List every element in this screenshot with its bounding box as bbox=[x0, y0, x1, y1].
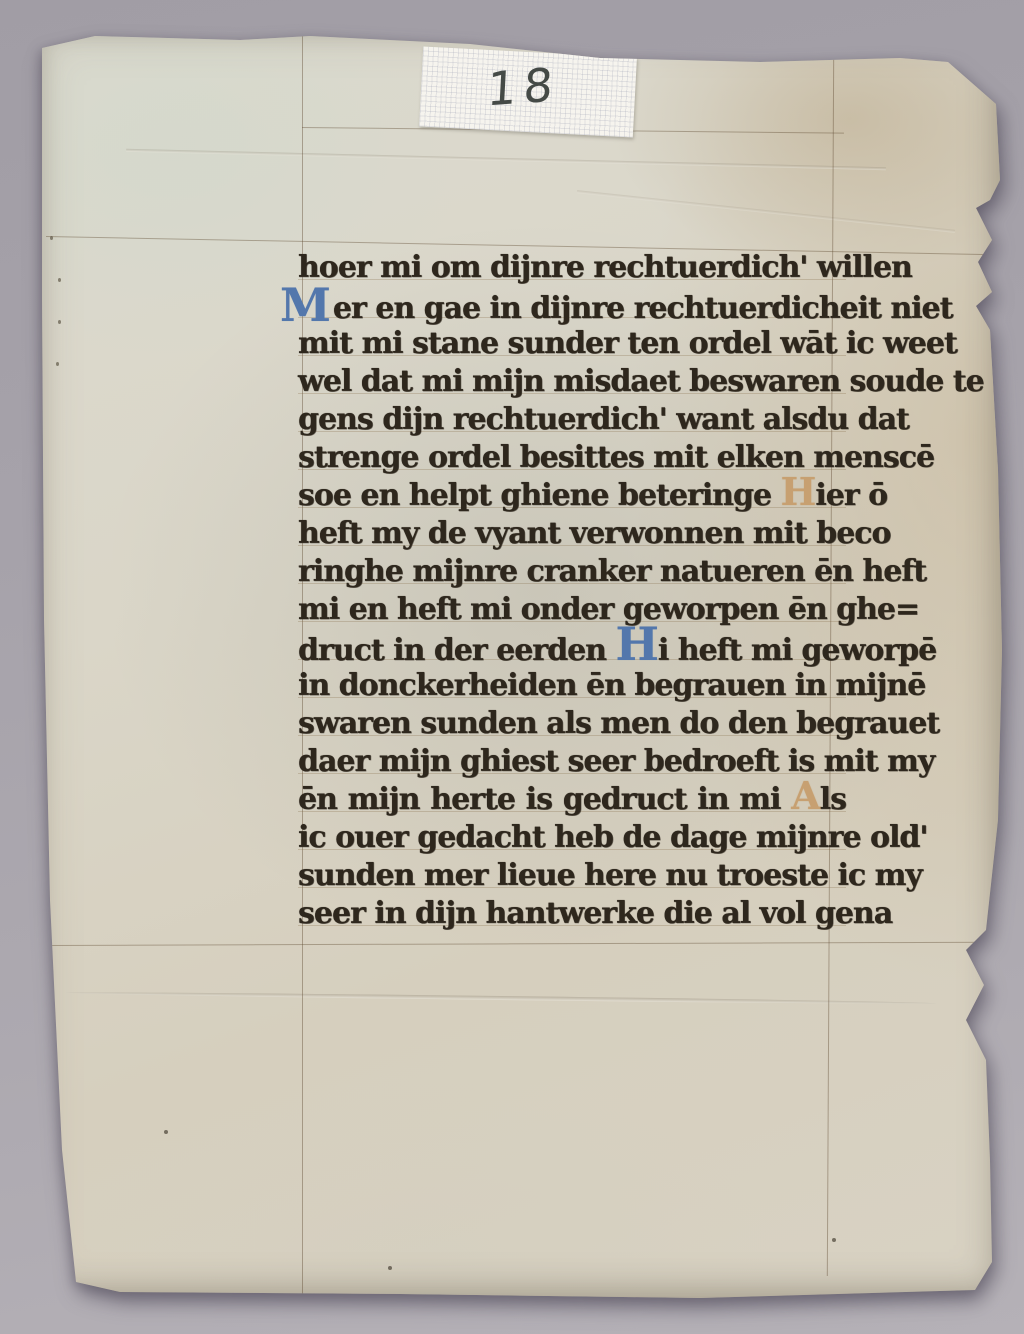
text-line: heft my de vyant verwonnen mit beco bbox=[298, 515, 846, 553]
text-line: ic ouer gedacht heb de dage mijnre old' bbox=[298, 819, 846, 857]
text-line: mi en heft mi onder geworpen ēn ghe= bbox=[298, 591, 846, 629]
text-line: seer in dijn hantwerke die al vol gena bbox=[298, 895, 846, 933]
folio-number-label: 18 bbox=[419, 46, 637, 137]
text-line: sunden mer lieue here nu troeste ic my bbox=[298, 857, 846, 895]
parchment-page: hoer mi om dijnre rechtuerdich' willen M… bbox=[36, 30, 1004, 1300]
text-line: daer mijn ghiest seer bedroeft is mit my bbox=[298, 743, 846, 781]
text-line: soe en helpt ghiene beteringe Hier ō bbox=[298, 477, 846, 515]
parchment-speck bbox=[832, 1238, 836, 1242]
parchment-speck bbox=[388, 1266, 392, 1270]
text-line: hoer mi om dijnre rechtuerdich' willen bbox=[298, 249, 846, 287]
text-line: swaren sunden als men do den begrauet bbox=[298, 705, 846, 743]
text-line: ēn mijn herte is gedruct in mi Als bbox=[298, 781, 846, 819]
text-line: druct in der eerden Hi heft mi geworpē bbox=[298, 629, 846, 667]
parchment-speck bbox=[164, 1130, 168, 1134]
manuscript-leaf: hoer mi om dijnre rechtuerdich' willen M… bbox=[36, 30, 1004, 1300]
illuminated-initial-gold: A bbox=[791, 781, 819, 811]
illuminated-initial-blue: H bbox=[615, 629, 657, 659]
text-line: strenge ordel besittes mit elken menscē bbox=[298, 439, 846, 477]
text-line: gens dijn rechtuerdich' want alsdu dat bbox=[298, 401, 846, 439]
text-line: in donckerheiden ēn begrauen in mijnē bbox=[298, 667, 846, 705]
text-line: wel dat mi mijn misdaet beswaren soude t… bbox=[298, 363, 846, 401]
text-line: ringhe mijnre cranker natueren ēn heft bbox=[298, 553, 846, 591]
text-line: Mer en gae in dijnre rechtuerdicheit nie… bbox=[298, 287, 846, 325]
illuminated-initial-gold: H bbox=[781, 477, 816, 507]
text-line: mit mi stane sunder ten ordel wāt ic wee… bbox=[298, 325, 846, 363]
folio-number: 18 bbox=[486, 57, 561, 116]
illuminated-initial-blue: M bbox=[280, 290, 330, 320]
photo-background: hoer mi om dijnre rechtuerdich' willen M… bbox=[0, 0, 1024, 1334]
text-block: hoer mi om dijnre rechtuerdich' willen M… bbox=[298, 30, 846, 970]
